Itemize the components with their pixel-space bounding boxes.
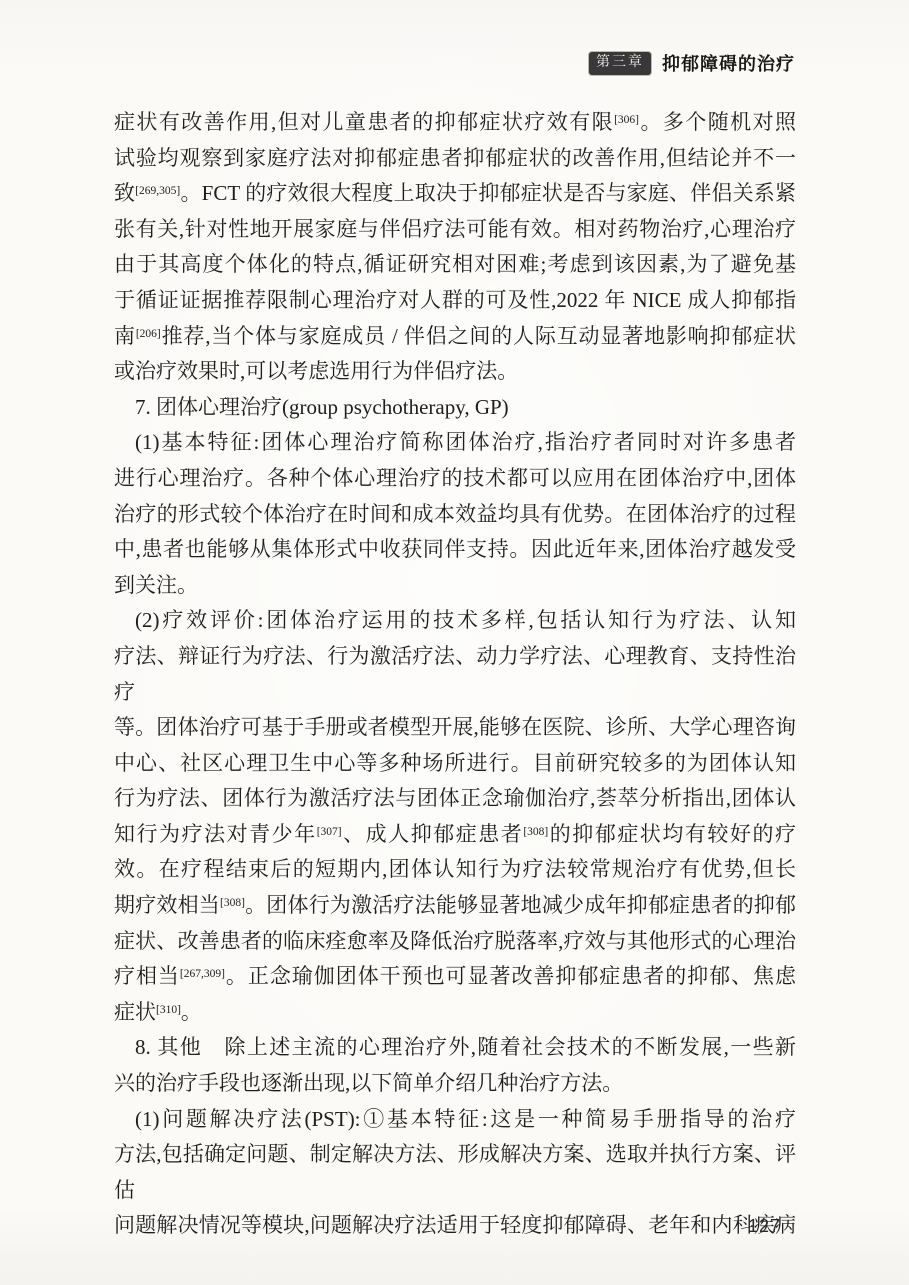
text-line: 7. 团体心理治疗(group psychotherapy, GP) [114, 390, 796, 426]
citation-ref: [308] [220, 897, 245, 909]
text-line: 中,患者也能够从集体形式中收获同伴支持。因此近年来,团体治疗越发受 [114, 532, 796, 568]
text-line: 疗法、辩证行为疗法、行为激活疗法、动力学疗法、心理教育、支持性治疗 [114, 639, 796, 710]
text-line: 效。在疗程结束后的短期内,团体认知行为疗法较常规治疗有优势,但长 [114, 852, 796, 888]
text-line: 由于其高度个体化的特点,循证研究相对困难;考虑到该因素,为了避免基 [114, 247, 796, 283]
text-line: 症状、改善患者的临床痊愈率及降低治疗脱落率,疗效与其他形式的心理治 [114, 924, 796, 960]
text-line: 于循证证据推荐限制心理治疗对人群的可及性,2022 年 NICE 成人抑郁指 [114, 283, 796, 319]
text-line: 或治疗效果时,可以考虑选用行为伴侣疗法。 [114, 354, 796, 390]
text-line: 进行心理治疗。各种个体心理治疗的技术都可以应用在团体治疗中,团体 [114, 461, 796, 497]
text-line: 中心、社区心理卫生中心等多种场所进行。目前研究较多的为团体认知 [114, 746, 796, 782]
page-number: 127 [748, 1216, 781, 1237]
text-line: 致[269,305]。FCT 的疗效很大程度上取决于抑郁症状是否与家庭、伴侣关系… [114, 176, 796, 212]
text-line: 期疗效相当[308]。团体行为激活疗法能够显著地减少成年抑郁症患者的抑郁 [114, 888, 796, 924]
citation-ref: [267,309] [180, 968, 225, 980]
text-line: 知行为疗法对青少年[307]、成人抑郁症患者[308]的抑郁症状均有较好的疗 [114, 817, 796, 853]
citation-ref: [308] [523, 826, 548, 838]
citation-ref: [269,305] [135, 185, 180, 197]
text-line: 症状[310]。 [114, 995, 796, 1031]
chapter-badge: 第三章 [589, 52, 651, 75]
text-line: (2)疗效评价:团体治疗运用的技术多样,包括认知行为疗法、认知 [114, 603, 796, 639]
text-line: 行为疗法、团体行为激活疗法与团体正念瑜伽治疗,荟萃分析指出,团体认 [114, 781, 796, 817]
citation-ref: [310] [156, 1004, 181, 1016]
text-line: 等。团体治疗可基于手册或者模型开展,能够在医院、诊所、大学心理咨询 [114, 710, 796, 746]
text-line: 8. 其他 除上述主流的心理治疗外,随着社会技术的不断发展,一些新 [114, 1030, 796, 1066]
text-line: 问题解决情况等模块,问题解决疗法适用于轻度抑郁障碍、老年和内科疾病 [114, 1208, 796, 1244]
text-line: 治疗的形式较个体治疗在时间和成本效益均具有优势。在团体治疗的过程 [114, 497, 796, 533]
text-line: 到关注。 [114, 568, 796, 604]
text-line: 试验均观察到家庭疗法对抑郁症患者抑郁症状的改善作用,但结论并不一 [114, 141, 796, 177]
scanned-book-page: { "header": { "chapter_badge": "第三章", "c… [0, 0, 909, 1285]
citation-ref: [307] [317, 826, 342, 838]
text-line: (1)基本特征:团体心理治疗简称团体治疗,指治疗者同时对许多患者 [114, 425, 796, 461]
running-head: 第三章 抑郁障碍的治疗 [589, 50, 795, 76]
text-line: 南[206]推荐,当个体与家庭成员 / 伴侣之间的人际互动显著地影响抑郁症状 [114, 319, 796, 355]
citation-ref: [206] [136, 328, 161, 340]
chapter-title: 抑郁障碍的治疗 [662, 50, 795, 76]
text-line: (1)问题解决疗法(PST):①基本特征:这是一种简易手册指导的治疗 [114, 1102, 796, 1138]
text-line: 方法,包括确定问题、制定解决方法、形成解决方案、选取并执行方案、评估 [114, 1137, 796, 1208]
page-body: 症状有改善作用,但对儿童患者的抑郁症状疗效有限[306]。多个随机对照试验均观察… [114, 105, 796, 1244]
text-line: 疗相当[267,309]。正念瑜伽团体干预也可显著改善抑郁症患者的抑郁、焦虑 [114, 959, 796, 995]
citation-ref: [306] [614, 114, 639, 126]
text-line: 张有关,针对性地开展家庭与伴侣疗法可能有效。相对药物治疗,心理治疗 [114, 212, 796, 248]
text-line: 兴的治疗手段也逐渐出现,以下简单介绍几种治疗方法。 [114, 1066, 796, 1102]
text-line: 症状有改善作用,但对儿童患者的抑郁症状疗效有限[306]。多个随机对照 [114, 105, 796, 141]
